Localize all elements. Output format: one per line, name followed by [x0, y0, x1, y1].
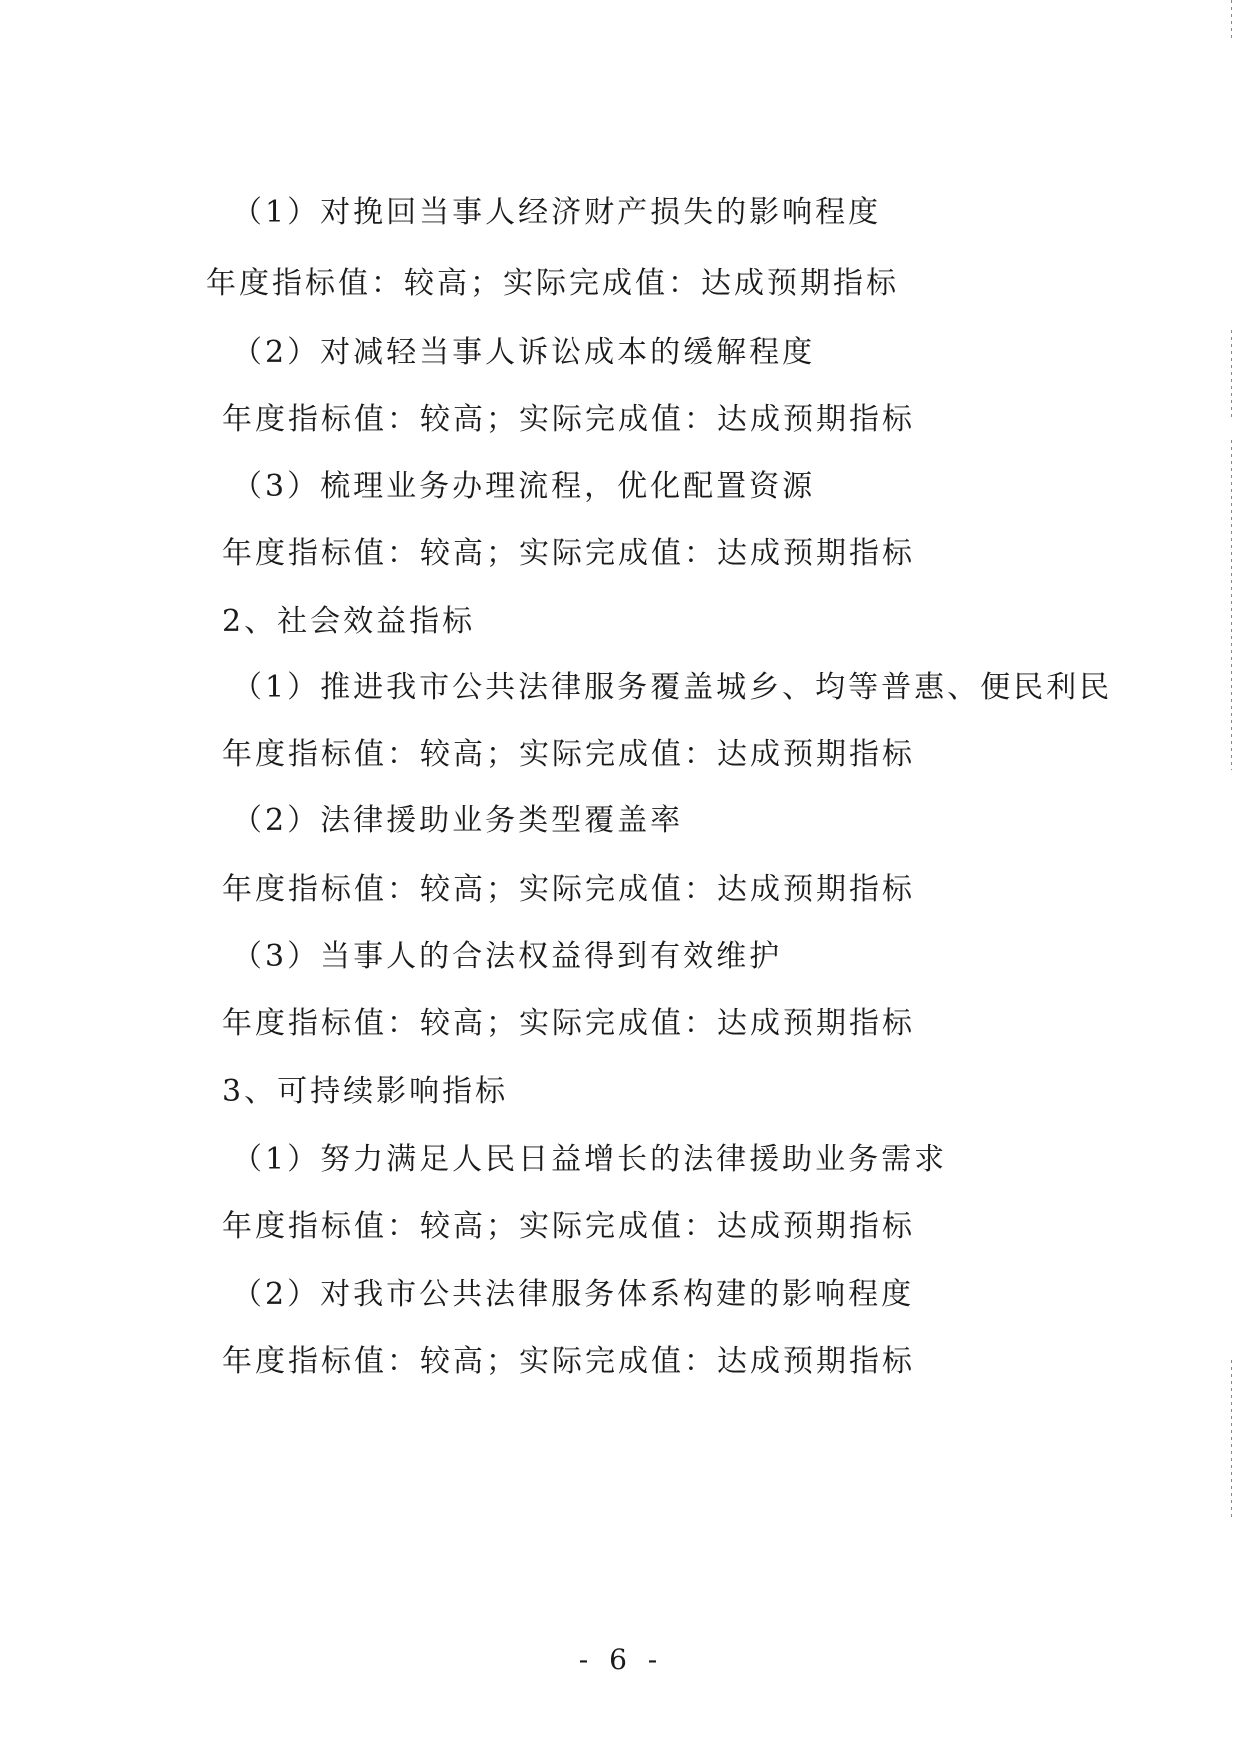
indicator-value-2-2: 年度指标值：较高；实际完成值：达成预期指标: [222, 870, 915, 910]
scan-edge-artifact: [1231, 1360, 1232, 1520]
indicator-value-1-1: 年度指标值：较高；实际完成值：达成预期指标: [206, 264, 899, 304]
document-page: （1）对挽回当事人经济财产损失的影响程度 年度指标值：较高；实际完成值：达成预期…: [0, 0, 1242, 1754]
indicator-value-1-3: 年度指标值：较高；实际完成值：达成预期指标: [222, 534, 915, 574]
indicator-item-3-2: （2）对我市公共法律服务体系构建的影响程度: [232, 1275, 914, 1315]
indicator-item-2-2: （2）法律援助业务类型覆盖率: [232, 801, 683, 841]
scan-edge-artifact: [1231, 0, 1232, 40]
indicator-value-3-1: 年度指标值：较高；实际完成值：达成预期指标: [222, 1207, 915, 1247]
indicator-item-1-1: （1）对挽回当事人经济财产损失的影响程度: [232, 193, 881, 233]
indicator-item-1-2: （2）对减轻当事人诉讼成本的缓解程度: [232, 333, 815, 373]
indicator-item-2-3: （3）当事人的合法权益得到有效维护: [232, 937, 782, 977]
indicator-value-2-3: 年度指标值：较高；实际完成值：达成预期指标: [222, 1004, 915, 1044]
section-heading-sustainable-impact: 3、可持续影响指标: [222, 1072, 508, 1112]
indicator-item-3-1: （1）努力满足人民日益增长的法律援助业务需求: [232, 1140, 947, 1180]
page-number: - 6 -: [0, 1643, 1242, 1676]
indicator-value-2-1: 年度指标值：较高；实际完成值：达成预期指标: [222, 735, 915, 775]
indicator-value-1-2: 年度指标值：较高；实际完成值：达成预期指标: [222, 400, 915, 440]
scan-edge-artifact: [1231, 330, 1232, 420]
scan-edge-artifact: [1231, 440, 1232, 770]
section-heading-social-benefit: 2、社会效益指标: [222, 602, 475, 642]
indicator-item-2-1: （1）推进我市公共法律服务覆盖城乡、均等普惠、便民利民: [232, 668, 1112, 708]
indicator-item-1-3: （3）梳理业务办理流程，优化配置资源: [232, 467, 815, 507]
indicator-value-3-2: 年度指标值：较高；实际完成值：达成预期指标: [222, 1342, 915, 1382]
